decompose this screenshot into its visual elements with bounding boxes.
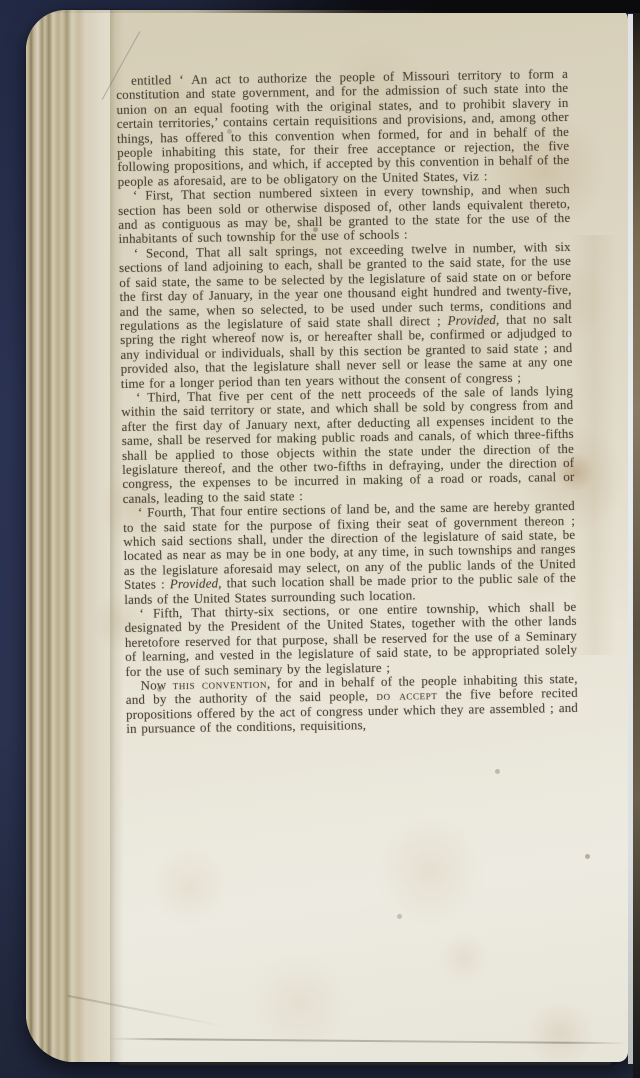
paragraph: ‘ Third, That five per cent of the nett …: [121, 384, 575, 506]
paragraph: ‘ Second, That all salt springs, not exc…: [119, 240, 573, 391]
text-segment: Provided,: [170, 576, 222, 592]
book-page: entitled ‘ An act to authorize the peopl…: [26, 10, 628, 1062]
book-cover-edge: [633, 0, 640, 1078]
scanned-book-photo: entitled ‘ An act to authorize the peopl…: [0, 0, 640, 1078]
text-block: entitled ‘ An act to authorize the peopl…: [116, 67, 578, 737]
paragraph: Now this convention, for and in behalf o…: [126, 672, 579, 737]
paragraph: ‘ Fifth, That thirty-six sections, or on…: [124, 600, 577, 679]
text-segment: ‘ First, That section numbered sixteen i…: [118, 181, 570, 246]
paragraph: ‘ First, That section numbered sixteen i…: [118, 182, 571, 247]
bottom-crease-line: [108, 1038, 628, 1045]
text-segment: Now: [140, 677, 172, 693]
paragraph: ‘ Fourth, That four entire sections of l…: [123, 499, 577, 607]
text-segment: ‘ Third, That five per cent of the nett …: [121, 383, 574, 506]
top-black-band: [0, 0, 640, 13]
aging-band: [571, 235, 617, 655]
paragraph: entitled ‘ An act to authorize the peopl…: [116, 67, 570, 189]
text-segment: Provided,: [447, 312, 499, 328]
text-segment: ‘ Fifth, That thirty-six sections, or on…: [125, 599, 578, 679]
deckle-page-edges: [26, 10, 110, 1062]
text-segment: entitled ‘ An act to authorize the peopl…: [116, 66, 569, 189]
